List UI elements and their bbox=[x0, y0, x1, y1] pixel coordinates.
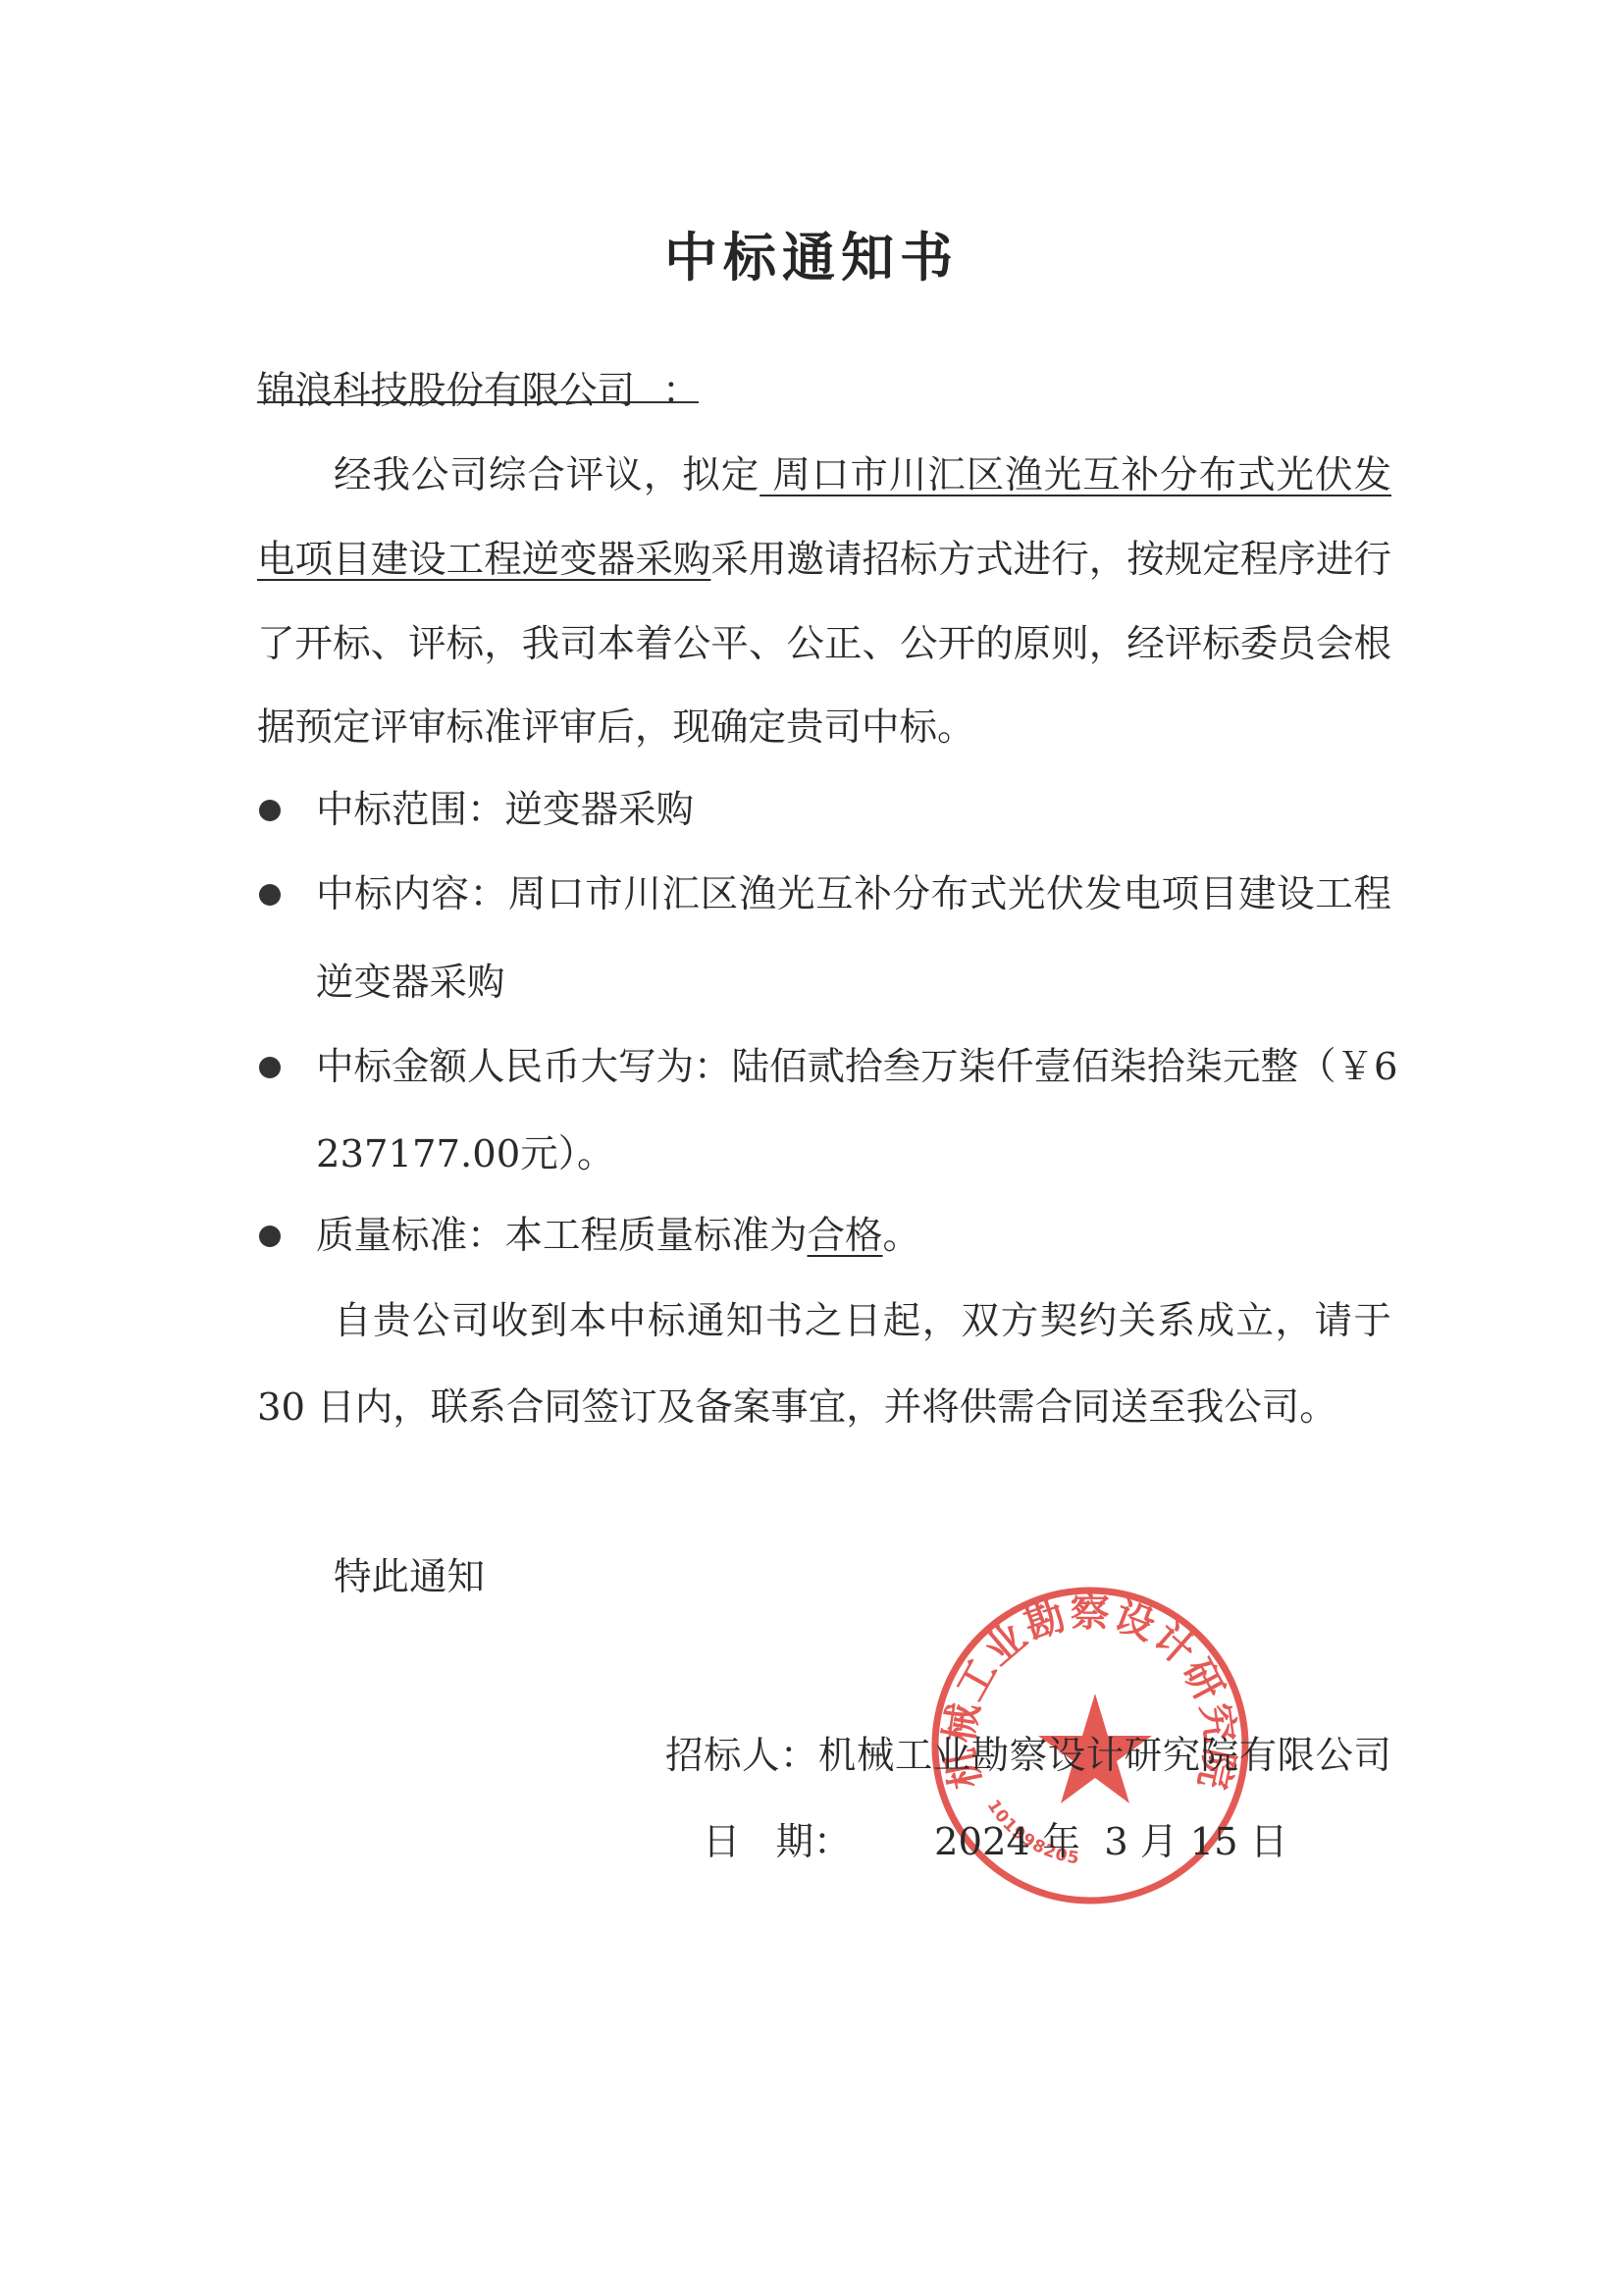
bullet-amount: 中标金额人民币大写为：陆佰贰拾叁万柒仟壹佰柒拾柒元整（￥6 bbox=[316, 1043, 1391, 1092]
project-name-underlined-cont: 电项目建设工程逆变器采购 bbox=[257, 538, 710, 582]
paragraph1-line3: 了开标、评标，我司本着公平、公正、公开的原则，经评标委员会根 bbox=[257, 620, 1391, 669]
bullet-quality-label: 质量标准： bbox=[316, 1214, 505, 1258]
bullet-quality: 质量标准：本工程质量标准为合格。 bbox=[316, 1212, 920, 1261]
date-value: 2024 年 3 月 15 日 bbox=[934, 1818, 1287, 1867]
bullet-dot bbox=[259, 1226, 281, 1247]
signer-name: 机械工业勘察设计研究院有限公司 bbox=[818, 1734, 1391, 1778]
addressee-colon: ： bbox=[662, 369, 701, 413]
document-page: 中标通知书 锦浪科技股份有限公司： 经我公司综合评议，拟定 周口市川汇区渔光互补… bbox=[0, 0, 1623, 2296]
bullet-quality-text: 本工程质量标准为 bbox=[505, 1214, 808, 1258]
paragraph2-line1: 自贵公司收到本中标通知书之日起，双方契约关系成立，请于 bbox=[334, 1297, 1391, 1346]
signer-line: 招标人：机械工业勘察设计研究院有限公司 bbox=[665, 1732, 1391, 1781]
paragraph1-line1: 经我公司综合评议，拟定 周口市川汇区渔光互补分布式光伏发 bbox=[334, 451, 1391, 500]
bullet-amount-label: 中标金额人民币大写为： bbox=[316, 1045, 732, 1089]
project-name-underlined: 周口市川汇区渔光互补分布式光伏发 bbox=[759, 453, 1391, 497]
closing-text: 特此通知 bbox=[334, 1553, 485, 1602]
bullet-scope-label: 中标范围： bbox=[316, 788, 505, 832]
bullet-content-value: 周口市川汇区渔光互补分布式光伏发电项目建设工程 bbox=[508, 872, 1391, 916]
bullet-amount-cont: 237177.00元）。 bbox=[316, 1130, 614, 1179]
paragraph1-line2: 电项目建设工程逆变器采购采用邀请招标方式进行，按规定程序进行 bbox=[257, 536, 1391, 585]
paragraph2-line2: 30 日内，联系合同签订及备案事宜，并将供需合同送至我公司。 bbox=[257, 1383, 1337, 1433]
paragraph1-prefix: 经我公司综合评议，拟定 bbox=[334, 453, 759, 497]
bullet-content: 中标内容：周口市川汇区渔光互补分布式光伏发电项目建设工程 bbox=[316, 870, 1391, 919]
bullet-quality-end: 。 bbox=[883, 1214, 921, 1258]
bullet-amount-value: 陆佰贰拾叁万柒仟壹佰柒拾柒元整（￥6 bbox=[732, 1045, 1398, 1089]
addressee-underline bbox=[257, 401, 699, 403]
addressee-line: 锦浪科技股份有限公司： bbox=[257, 367, 701, 416]
bullet-scope-value: 逆变器采购 bbox=[505, 788, 695, 832]
bullet-dot bbox=[259, 1057, 281, 1078]
paragraph1-line2-rest: 采用邀请招标方式进行，按规定程序进行 bbox=[710, 538, 1391, 582]
signer-label: 招标人： bbox=[665, 1734, 818, 1778]
addressee-name: 锦浪科技股份有限公司 bbox=[257, 369, 635, 413]
bullet-scope: 中标范围：逆变器采购 bbox=[316, 786, 694, 835]
date-label-2: 期： bbox=[776, 1820, 852, 1864]
bullet-quality-grade: 合格 bbox=[808, 1214, 883, 1258]
bullet-content-label: 中标内容： bbox=[316, 872, 508, 916]
bullet-dot bbox=[259, 800, 281, 821]
paragraph1-line4: 据预定评审标准评审后，现确定贵司中标。 bbox=[257, 704, 975, 753]
bullet-content-cont: 逆变器采购 bbox=[316, 959, 505, 1008]
date-label: 日期： bbox=[703, 1818, 852, 1867]
bullet-dot bbox=[259, 884, 281, 906]
document-title: 中标通知书 bbox=[0, 224, 1623, 292]
date-label-1: 日 bbox=[703, 1820, 741, 1864]
